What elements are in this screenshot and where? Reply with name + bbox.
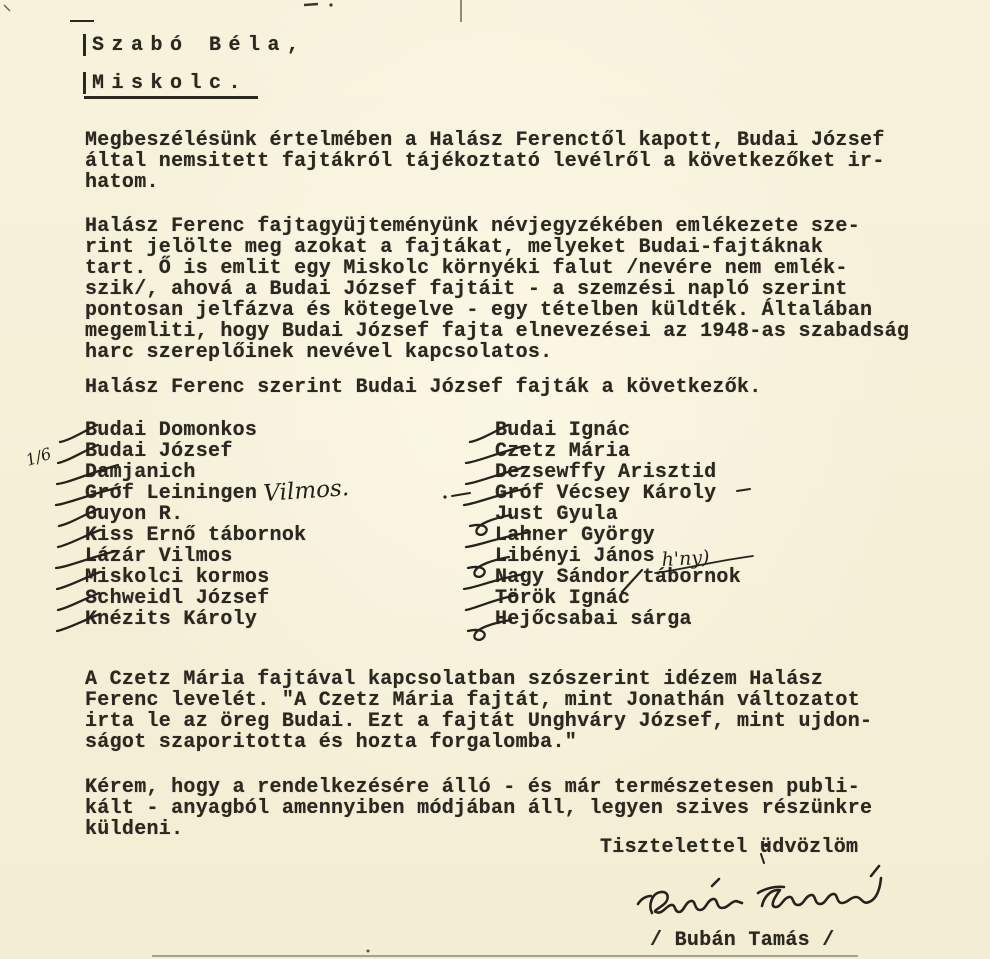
text-line: rint jelölte meg azokat a fajtákat, mely… [85,237,909,258]
text-line: Gróf Vécsey Károly [495,483,741,504]
text-line: Libényi János [495,546,741,567]
text-line: Miskolci kormos [85,567,306,588]
text-line: ságot szaporitotta és hozta forgalomba." [85,732,872,753]
text-line: Nagy Sándor tábornok [495,567,741,588]
text-line: Gróf Leiningen [85,483,306,504]
text-line: Hejőcsabai sárga [495,609,741,630]
text-line: tart. Ő is emlit egy Miskolc környéki fa… [85,258,909,279]
text-line: A Czetz Mária fajtával kapcsolatban szós… [85,669,872,690]
text-line: Just Gyula [495,504,741,525]
text-line: által nemsitett fajtákról tájékoztató le… [85,151,885,172]
paragraph-3-list-intro: Halász Ferenc szerint Budai József fajtá… [85,377,762,398]
paragraph-2: Halász Ferenc fajtagyüjteményünk névjegy… [85,216,909,363]
text-line: Damjanich [85,462,306,483]
text-line: megemliti, hogy Budai József fajta elnev… [85,321,909,342]
variety-list-left-column: Budai DomonkosBudai JózsefDamjanichGróf … [85,420,306,630]
text-line: irta le az öreg Budai. Ezt a fajtát Ungh… [85,711,872,732]
text-line: Kérem, hogy a rendelkezésére álló - és m… [85,777,872,798]
paragraph-5-request: Kérem, hogy a rendelkezésére álló - és m… [85,777,872,840]
addressee-city: Miskolc. [92,73,248,94]
text-line: Budai József [85,441,306,462]
text-line: Schweidl József [85,588,306,609]
text-line: Halász Ferenc szerint Budai József fajtá… [85,377,762,398]
text-line: Lázár Vilmos [85,546,306,567]
variety-list-right-column: Budai IgnácCzetz MáriaDezsewffy Arisztid… [495,420,741,630]
text-line: Knézits Károly [85,609,306,630]
text-line: pontosan jelfázva és kötegelve - egy tét… [85,300,909,321]
city-underline [84,96,258,99]
overline-mark [70,20,94,22]
text-line: hatom. [85,172,885,193]
margin-bar-city [83,72,86,94]
text-line: kált - anyagból amennyiben módjában áll,… [85,798,872,819]
text-line: Dezsewffy Arisztid [495,462,741,483]
text-line: Kiss Ernő tábornok [85,525,306,546]
paragraph-4-quote: A Czetz Mária fajtával kapcsolatban szós… [85,669,872,753]
closing-salutation: Tisztelettel üdvözlöm [600,837,858,858]
text-line: Török Ignác [495,588,741,609]
addressee-name: Szabó Béla, [92,35,307,56]
text-line: szik/, ahová a Budai József fajtáit - a … [85,279,909,300]
text-line: Ferenc levelét. "A Czetz Mária fajtát, m… [85,690,872,711]
margin-bar-addressee [83,34,86,56]
text-line: harc szereplőinek nevével kapcsolatos. [85,342,909,363]
text-line: Czetz Mária [495,441,741,462]
scan-bottom-line [152,955,858,957]
text-line: Budai Ignác [495,420,741,441]
typed-signature: / Bubán Tamás / [650,930,835,951]
text-line: Lahner György [495,525,741,546]
text-line: Budai Domonkos [85,420,306,441]
text-line: Halász Ferenc fajtagyüjteményünk névjegy… [85,216,909,237]
paragraph-1: Megbeszélésünk értelmében a Halász Feren… [85,130,885,193]
text-line: Megbeszélésünk értelmében a Halász Feren… [85,130,885,151]
scanned-letter-page: { "page": { "paper_color": "#f6f1db", "i… [0,0,990,959]
text-line: Guyon R. [85,504,306,525]
